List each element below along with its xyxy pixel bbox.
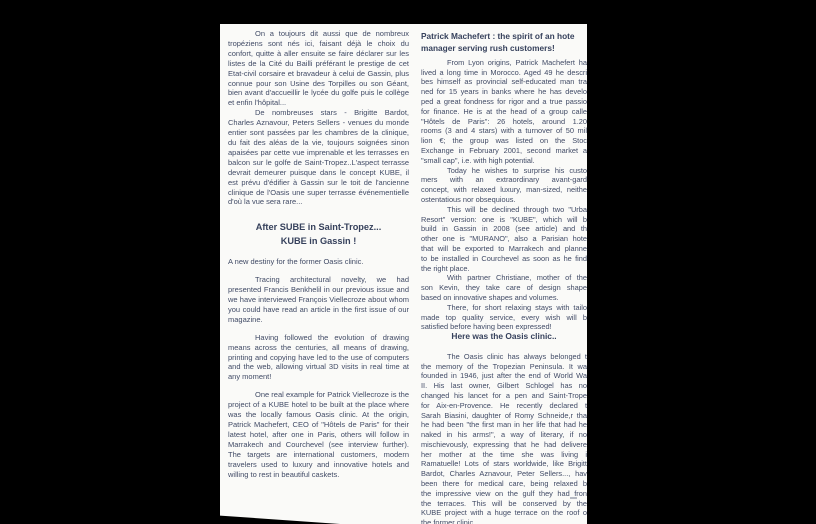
section-heading-line: KUBE in Gassin ! [228, 235, 409, 249]
text-line: rooms (3 and 4 stars) with a turnover of… [421, 126, 587, 136]
text-line: KUBE project with a huge terrace on the … [421, 508, 587, 518]
text-line: her mother at the time she was living i [421, 450, 587, 460]
article-body-lines: From Lyon origins, Patrick Machefert hal… [421, 58, 587, 524]
text-line: been there for medical care, being relax… [421, 479, 587, 489]
text-line: mers with an extraordinary avant-gard [421, 175, 587, 185]
text-line: changed his lancet for a pen and Saint-T… [421, 391, 587, 401]
text-line: There, for short relaxing stays with tai… [421, 303, 587, 313]
paragraph: De nombreuses stars - Brigitte Bardot, C… [228, 108, 409, 207]
scan-artifact [570, 497, 577, 499]
text-line: the former clinic. [421, 518, 587, 524]
paragraph: One real example for Patrick Viellecroze… [228, 390, 409, 479]
text-line: other one is "MURANO", also a Parisian h… [421, 234, 587, 244]
text-line: From Lyon origins, Patrick Machefert ha [421, 58, 587, 68]
section-heading-line: After SUBE in Saint-Tropez... [228, 221, 409, 235]
text-line: founded in 1946, just after the end of W… [421, 371, 587, 381]
right-column: Patrick Machefert : the spirit of an hot… [421, 30, 587, 524]
text-line: The Oasis clinic has always belonged t [421, 352, 587, 362]
text-line: son Kevin, they take care of design shap… [421, 283, 587, 293]
text-line: mischievously, expressing that he had de… [421, 440, 587, 450]
text-line: Exchange in February 2001, second market… [421, 146, 587, 156]
text-line: naked in his arms!", a way of literary, … [421, 430, 587, 440]
article-heading-line: Patrick Machefert : the spirit of an hot… [421, 30, 587, 42]
text-line: the impressive view on the gulf they had… [421, 489, 587, 499]
text-line: "Hôtels de Paris": 26 hotels, around 1.2… [421, 117, 587, 127]
article-heading: Patrick Machefert : the spirit of an hot… [421, 30, 587, 55]
section-heading: After SUBE in Saint-Tropez...KUBE in Gas… [228, 221, 409, 248]
text-line: ped a great fondness for rigor and a tru… [421, 97, 587, 107]
text-line: concept, with relaxed luxury, man-sized,… [421, 185, 587, 195]
left-column: On a toujours dit aussi que de nombreux … [228, 29, 409, 479]
text-line: for finance. He is at the head of a grou… [421, 107, 587, 117]
text-line: that will be exported to Marrakech and p… [421, 244, 587, 254]
article-heading-line: manager serving rush customers! [421, 42, 587, 54]
text-line: bes himself as provincial self-educated … [421, 77, 587, 87]
article-subtitle: A new destiny for the former Oasis clini… [228, 257, 409, 267]
text-line: "small cap", i.e. with high potential. [421, 156, 587, 166]
text-line: the terraces. This will be conserved by … [421, 499, 587, 509]
magazine-page: On a toujours dit aussi que de nombreux … [220, 24, 587, 524]
scan-corner-artifact [220, 512, 340, 524]
text-line: for Aix-en-Provence. He recently declare… [421, 401, 587, 411]
text-line: Resort" version: one is "KUBE", which wi… [421, 215, 587, 225]
text-line: build in Gassin in 2008 (see article) an… [421, 224, 587, 234]
text-line: to be installed in Courchevel as soon as… [421, 254, 587, 264]
screen-background: On a toujours dit aussi que de nombreux … [0, 0, 816, 524]
text-line: based on innovative shapes and volumes. [421, 293, 587, 303]
text-line: II. His last owner, Gilbert Schlogel has… [421, 381, 587, 391]
text-line: made top quality service, every wish wil… [421, 313, 587, 323]
section-heading: Here was the Oasis clinic.. [421, 332, 587, 342]
text-line: the right place. [421, 264, 587, 274]
text-line: Ramatuelle! Lots of stars worldwide, lik… [421, 459, 587, 469]
text-line: lion €; the group was listed on the Stoc [421, 136, 587, 146]
text-line: lived a long time in Morocco. Aged 49 he… [421, 68, 587, 78]
text-line: ostentatious nor obsequious. [421, 195, 587, 205]
text-line: Bardot, Charles Aznavour, Peter Sellers.… [421, 469, 587, 479]
text-line: With partner Christiane, mother of the [421, 273, 587, 283]
paragraph: Having followed the evolution of drawing… [228, 333, 409, 383]
text-line: the memory of the Tropezian Peninsula. I… [421, 362, 587, 372]
text-line: ned for 15 years in banks where he has d… [421, 87, 587, 97]
text-line: Sarah Biasini, daughter of Romy Schneide… [421, 411, 587, 421]
paragraph: Tracing architectural novelty, we had pr… [228, 275, 409, 325]
text-line: Today he wishes to surprise his custo [421, 166, 587, 176]
text-line: This will be declined through two "Urba [421, 205, 587, 215]
paragraph: On a toujours dit aussi que de nombreux … [228, 29, 409, 108]
text-line: he had been "the first man in her life t… [421, 420, 587, 430]
